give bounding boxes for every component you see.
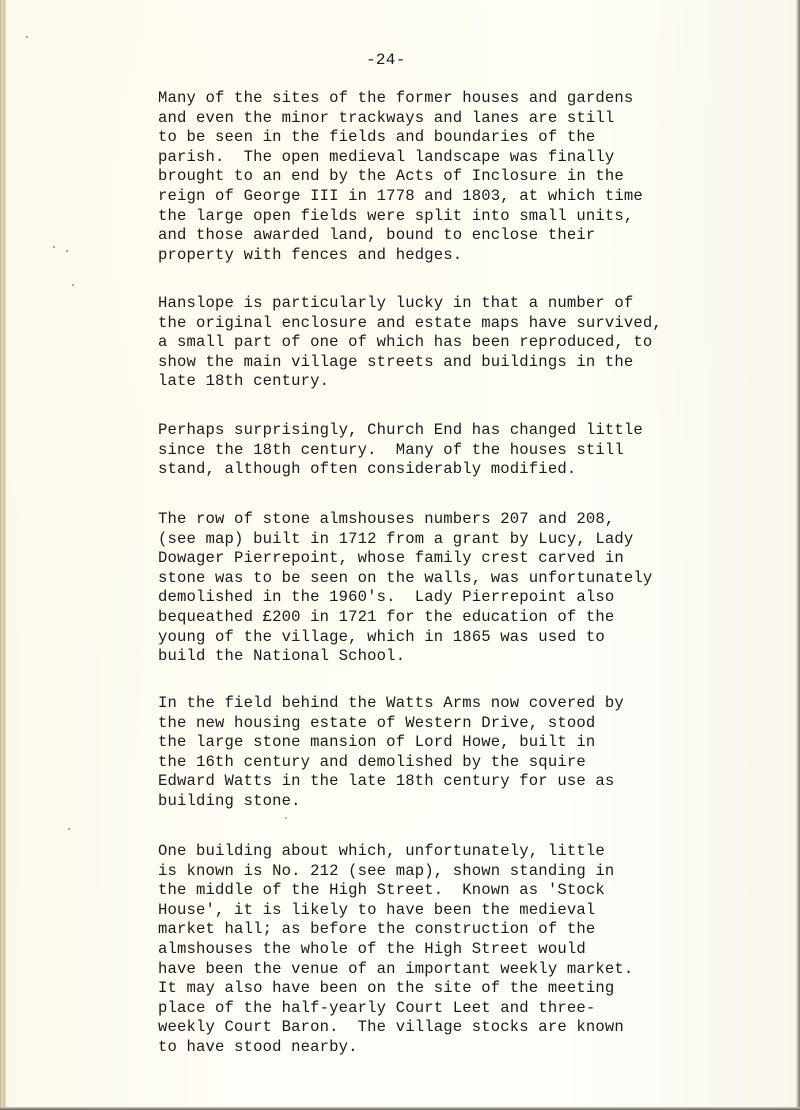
paragraph-stock-house: One building about which, unfortunately,… [158, 842, 633, 1058]
paper-speck [72, 284, 74, 286]
paper-speck [26, 36, 28, 38]
text-line: brought to an end by the Acts of Inclosu… [158, 167, 643, 187]
text-line: property with fences and hedges. [158, 246, 643, 266]
text-line: stand, although often considerably modif… [158, 460, 643, 480]
text-line: the new housing estate of Western Drive,… [158, 714, 624, 734]
text-line: In the field behind the Watts Arms now c… [158, 694, 624, 714]
text-line: (see map) built in 1712 from a grant by … [158, 530, 652, 550]
paper-speck [285, 817, 287, 819]
text-line: place of the half-yearly Court Leet and … [158, 999, 633, 1019]
page-number: -24- [366, 51, 406, 69]
text-line: almshouses the whole of the High Street … [158, 940, 633, 960]
text-line: and those awarded land, bound to enclose… [158, 226, 643, 246]
text-line: the original enclosure and estate maps h… [158, 314, 662, 334]
text-line: stone was to be seen on the walls, was u… [158, 569, 652, 589]
text-line: building stone. [158, 792, 624, 812]
text-line: Edward Watts in the late 18th century fo… [158, 772, 624, 792]
text-line: House', it is likely to have been the me… [158, 901, 633, 921]
text-line: the middle of the High Street. Known as … [158, 881, 633, 901]
paper-speck [68, 828, 70, 830]
text-line: reign of George III in 1778 and 1803, at… [158, 187, 643, 207]
text-line: Hanslope is particularly lucky in that a… [158, 294, 662, 314]
text-line: bequeathed £200 in 1721 for the educatio… [158, 608, 652, 628]
text-line: demolished in the 1960's. Lady Pierrepoi… [158, 588, 652, 608]
paragraph-maps: Hanslope is particularly lucky in that a… [158, 294, 662, 392]
paragraph-church-end: Perhaps surprisingly, Church End has cha… [158, 421, 643, 480]
document-page: -24- Many of the sites of the former hou… [0, 0, 800, 1110]
text-line: One building about which, unfortunately,… [158, 842, 633, 862]
paragraph-lord-howe-mansion: In the field behind the Watts Arms now c… [158, 694, 624, 812]
paragraph-enclosure: Many of the sites of the former houses a… [158, 89, 643, 265]
text-line: Dowager Pierrepoint, whose family crest … [158, 549, 652, 569]
text-line: a small part of one of which has been re… [158, 333, 662, 353]
text-line: parish. The open medieval landscape was … [158, 148, 643, 168]
paragraph-almshouses: The row of stone almshouses numbers 207 … [158, 510, 652, 667]
text-line: to be seen in the fields and boundaries … [158, 128, 643, 148]
text-line: build the National School. [158, 647, 652, 667]
text-line: to have stood nearby. [158, 1038, 633, 1058]
text-line: show the main village streets and buildi… [158, 353, 662, 373]
binding-edge [0, 0, 7, 1110]
text-line: have been the venue of an important week… [158, 960, 633, 980]
text-line: market hall; as before the construction … [158, 920, 633, 940]
paper-speck [66, 250, 68, 252]
text-line: the large stone mansion of Lord Howe, bu… [158, 733, 624, 753]
text-line: Many of the sites of the former houses a… [158, 89, 643, 109]
text-line: and even the minor trackways and lanes a… [158, 109, 643, 129]
page-right-edge [796, 0, 800, 1110]
text-line: is known is No. 212 (see map), shown sta… [158, 862, 633, 882]
text-line: The row of stone almshouses numbers 207 … [158, 510, 652, 530]
text-line: the 16th century and demolished by the s… [158, 753, 624, 773]
text-line: the large open fields were split into sm… [158, 207, 643, 227]
paper-speck [53, 246, 55, 248]
text-line: It may also have been on the site of the… [158, 979, 633, 999]
text-line: late 18th century. [158, 372, 662, 392]
text-line: since the 18th century. Many of the hous… [158, 441, 643, 461]
text-line: weekly Court Baron. The village stocks a… [158, 1018, 633, 1038]
text-line: young of the village, which in 1865 was … [158, 628, 652, 648]
text-line: Perhaps surprisingly, Church End has cha… [158, 421, 643, 441]
